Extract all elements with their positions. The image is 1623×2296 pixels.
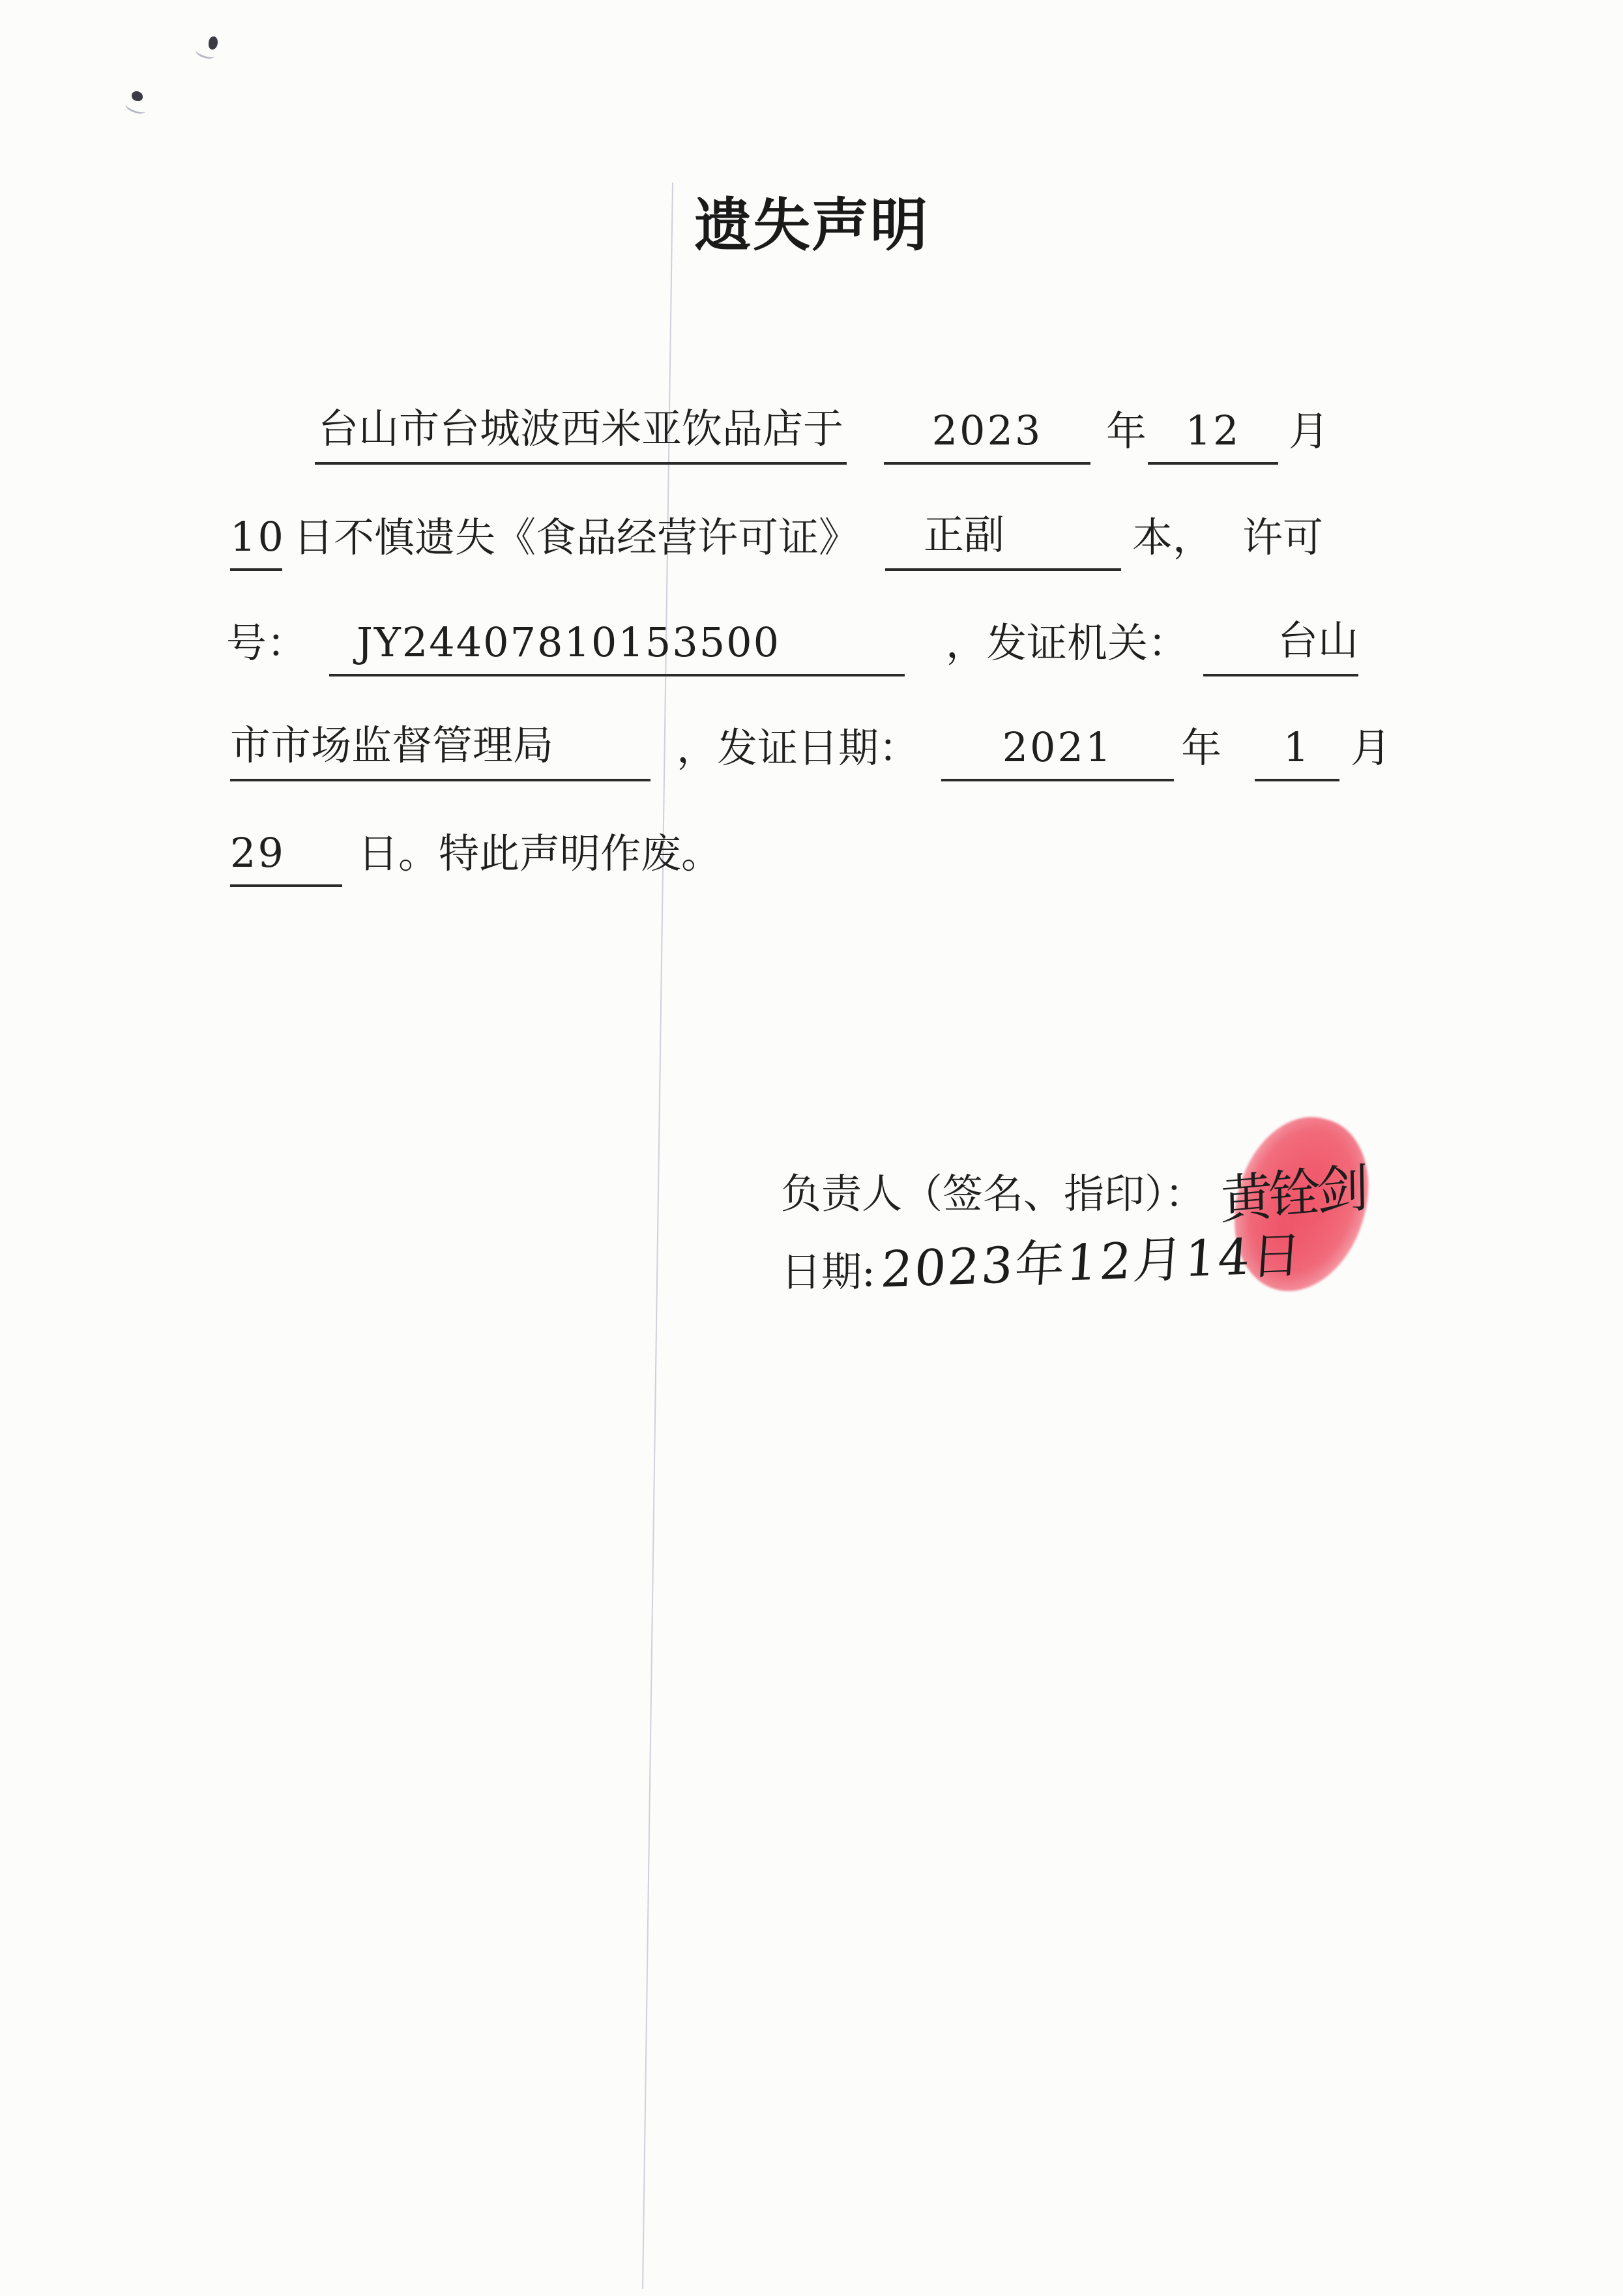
blank-lost-month: 12 — [1148, 407, 1278, 465]
blank-issue-month: 1 — [1255, 723, 1339, 781]
body-line-2: 10 日不慎遗失《食品经营许可证》 正副 本， 许可 — [230, 508, 1323, 571]
body-line-4: 市市场监督管理局 ，发证日期： 2021 年 1 月 — [230, 719, 1391, 781]
blank-license-number: JY24407810153500 — [329, 618, 905, 676]
body-line-1: 台山市台城波西米亚饮品店于 2023 年 12 月 — [315, 402, 1329, 465]
issuer-label: ，发证机关： — [946, 611, 1188, 676]
blank-shop-name: 台山市台城波西米亚饮品店于 — [315, 396, 847, 465]
body-line-5: 29 日。特此声明作废。 — [230, 824, 722, 887]
handwritten-date: 2023年12月14日 — [879, 1215, 1306, 1301]
scanned-loss-declaration-page: 遗失声明 台山市台城波西米亚饮品店于 2023 年 12 月 10 日不慎遗失《… — [0, 0, 1623, 2296]
blank-issuer-part1: 台山 — [1203, 608, 1358, 676]
xuke-text: 许可 — [1242, 505, 1323, 571]
ink-speck-artifact — [132, 91, 143, 101]
ben-text: 本， — [1132, 505, 1213, 571]
blank-issuer-part2: 市市场监督管理局 — [230, 713, 651, 781]
year-label: 年 — [1181, 716, 1221, 781]
blank-lost-year: 2023 — [884, 407, 1090, 465]
document-title: 遗失声明 — [0, 180, 1623, 262]
closing-text: 日。特此声明作废。 — [358, 821, 722, 887]
blank-issue-day: 29 — [230, 829, 342, 887]
lost-certificate-text: 日不慎遗失《食品经营许可证》 — [293, 505, 859, 571]
body-line-3: 号： JY24407810153500 ，发证机关： 台山 — [226, 614, 1358, 676]
year-label: 年 — [1106, 399, 1147, 465]
month-label: 月 — [1289, 399, 1329, 465]
blank-copies: 正副 — [885, 502, 1121, 571]
responsible-person-label: 负责人（签名、指印）： — [781, 1161, 1205, 1219]
blank-issue-year: 2021 — [941, 723, 1174, 781]
hao-label: 号： — [226, 611, 307, 676]
month-label: 月 — [1351, 716, 1391, 781]
issue-date-label: ，发证日期： — [677, 716, 919, 781]
fold-line-artifact — [0, 0, 1623, 2296]
blank-lost-day: 10 — [230, 513, 282, 571]
date-label: 日期: — [781, 1240, 875, 1298]
